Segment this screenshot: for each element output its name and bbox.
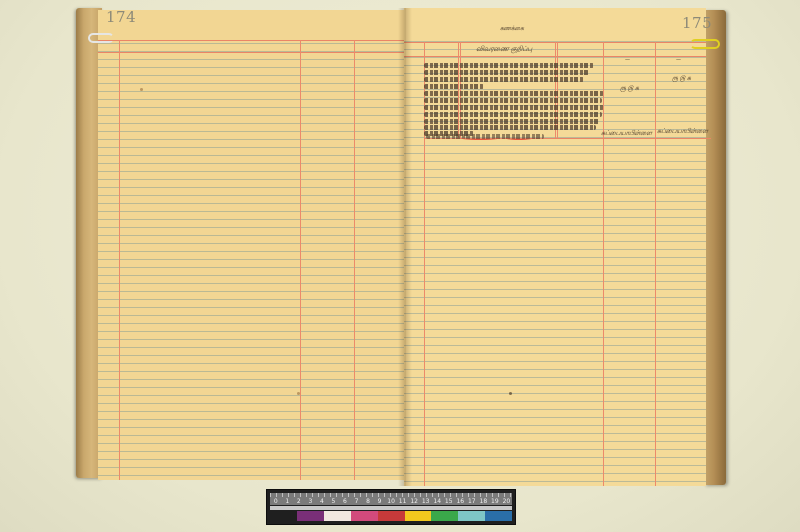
ink-dot bbox=[509, 392, 512, 395]
ruler-marks bbox=[270, 493, 512, 497]
tick-label: 20 bbox=[501, 498, 513, 505]
swatch-purple bbox=[297, 511, 324, 521]
signature-col3: சுப்பையாபிள்ளை bbox=[601, 129, 652, 138]
tick-label: 17 bbox=[466, 498, 478, 505]
handwritten-line bbox=[424, 77, 584, 82]
book-gutter bbox=[398, 8, 412, 486]
stain-spot bbox=[297, 392, 300, 395]
left-header-rule-top bbox=[98, 40, 404, 41]
tick-label: 16 bbox=[455, 498, 467, 505]
swatch-green bbox=[431, 511, 458, 521]
swatch-red bbox=[378, 511, 405, 521]
tick-label: 15 bbox=[443, 498, 455, 505]
book-edge-right bbox=[704, 10, 726, 485]
tick-label: 5 bbox=[328, 498, 340, 505]
red-underline bbox=[505, 136, 533, 140]
tick-label: 2 bbox=[293, 498, 305, 505]
left-column-rule-2 bbox=[354, 40, 355, 480]
paper-clip-icon bbox=[88, 33, 114, 43]
red-underline bbox=[460, 136, 500, 140]
handwritten-line bbox=[424, 105, 604, 110]
tick-label: 13 bbox=[420, 498, 432, 505]
swatch-yellow bbox=[405, 511, 432, 521]
right-page-number: 175 bbox=[682, 14, 712, 32]
gray-strip bbox=[270, 506, 512, 510]
left-header-rule-bottom bbox=[98, 52, 404, 53]
tick-label: 11 bbox=[397, 498, 409, 505]
left-page-number: 174 bbox=[106, 8, 136, 26]
tick-label: 12 bbox=[408, 498, 420, 505]
swatch-blue bbox=[485, 511, 512, 521]
tick-label: 10 bbox=[385, 498, 397, 505]
right-column-rule-2 bbox=[655, 42, 656, 486]
tick-label: 6 bbox=[339, 498, 351, 505]
signature-col4: சுப்பையாபிள்ளை bbox=[657, 127, 708, 136]
color-swatches bbox=[297, 511, 512, 521]
amount-col4: ரூ ௫ ௧ bbox=[672, 74, 691, 83]
col4-heading: — bbox=[676, 57, 681, 63]
col3-heading: — bbox=[625, 57, 630, 63]
left-column-rule-1 bbox=[300, 40, 301, 480]
stain-spot bbox=[140, 88, 143, 91]
tick-label: 7 bbox=[351, 498, 363, 505]
tick-label: 14 bbox=[431, 498, 443, 505]
handwritten-line bbox=[424, 119, 600, 124]
tick-label: 19 bbox=[489, 498, 501, 505]
handwritten-line bbox=[424, 91, 604, 96]
handwritten-line bbox=[424, 84, 484, 89]
handwritten-line bbox=[424, 63, 594, 68]
handwritten-line bbox=[424, 112, 602, 117]
amount-col3: ரூ ௫ ௧ bbox=[620, 84, 639, 93]
right-page-header-area bbox=[404, 8, 706, 38]
swatch-white bbox=[324, 511, 351, 521]
ledger-header-text: கணக்கை bbox=[500, 25, 524, 33]
left-page-header-area bbox=[98, 10, 404, 40]
handwritten-line bbox=[424, 98, 602, 103]
handwritten-line bbox=[424, 125, 596, 130]
tick-label: 3 bbox=[305, 498, 317, 505]
column-heading: விவரணை குறிப்பு bbox=[476, 45, 532, 54]
handwritten-line bbox=[424, 70, 589, 75]
swatch-pink bbox=[351, 511, 378, 521]
tick-label: 1 bbox=[282, 498, 294, 505]
paper-clip-icon bbox=[690, 39, 720, 49]
tick-label: 4 bbox=[316, 498, 328, 505]
tick-label: 8 bbox=[362, 498, 374, 505]
left-margin-rule bbox=[119, 40, 120, 480]
tick-label: 0 bbox=[270, 498, 282, 505]
left-page bbox=[98, 10, 404, 480]
color-calibration-scale: 0 1 2 3 4 5 6 7 8 9 10 11 12 13 14 15 16… bbox=[266, 489, 516, 525]
tick-label: 18 bbox=[478, 498, 490, 505]
tick-label: 9 bbox=[374, 498, 386, 505]
swatch-cyan bbox=[458, 511, 485, 521]
